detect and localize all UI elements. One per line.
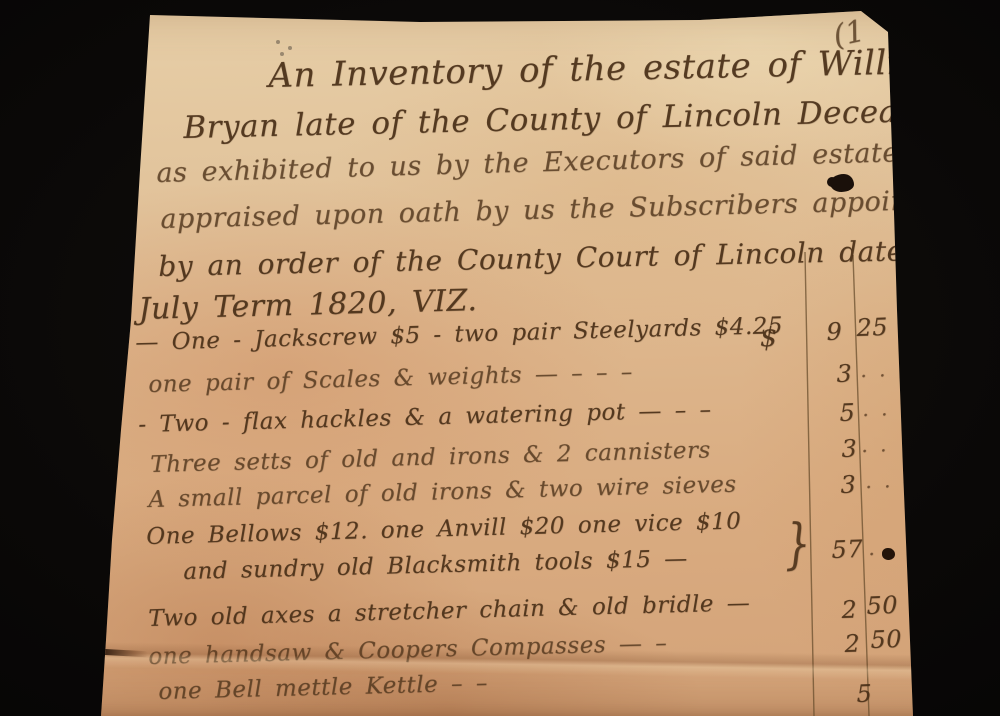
- ledger-item-description: Two old axes a stretcher chain & old bri…: [148, 590, 751, 632]
- amount-cents: 25 –: [856, 312, 914, 342]
- amount-dollars: 3: [836, 359, 853, 388]
- ledger-item-description: One Bellows $12. one Anvill $20 one vice…: [146, 508, 742, 550]
- amount-dollars: 3: [841, 434, 858, 463]
- amount-dollars: 3: [840, 470, 857, 499]
- ledger-item-description: - Two - flax hackles & a watering pot — …: [138, 397, 712, 438]
- ledger-item-description: one Bell mettle Kettle – –: [158, 670, 488, 705]
- amount-cents: 50: [870, 625, 903, 654]
- ink-blot: [830, 174, 854, 192]
- amount-dollars: 5: [856, 679, 873, 708]
- foxing-dot: [276, 40, 280, 44]
- foxing-dot: [288, 46, 292, 50]
- amount-dollars: 9: [826, 317, 843, 346]
- ledger-item-description: Three setts of old and irons & 2 cannist…: [150, 437, 711, 478]
- ink-speck: [882, 548, 895, 560]
- dollar-sign-mark: $: [760, 322, 778, 353]
- amount-cents: · ·: [865, 474, 891, 499]
- photo-backdrop: (1 An Inventory of the estate of William…: [0, 0, 1000, 716]
- row-grouping-brace: }: [784, 513, 812, 576]
- amount-cents: · ·: [861, 438, 887, 463]
- amount-cents: 50: [866, 591, 899, 620]
- ledger-item-description-continued: and sundry old Blacksmith tools $15 —: [183, 546, 688, 585]
- title-line-1: An Inventory of the estate of William: [268, 42, 952, 96]
- document-page: (1 An Inventory of the estate of William…: [0, 0, 1000, 716]
- title-line-4: appraised upon oath by us the Subscriber…: [160, 185, 954, 235]
- amount-cents: · ·: [860, 363, 886, 388]
- ledger-item-description: A small parcel of old irons & two wire s…: [148, 472, 737, 513]
- title-line-5: by an order of the County Court of Linco…: [158, 234, 922, 283]
- ledger-item-description: one pair of Scales & weights — – – –: [148, 359, 633, 398]
- amount-dollars: 5: [839, 398, 856, 427]
- amount-dollars: 2: [841, 595, 858, 624]
- foxing-dot: [280, 52, 284, 56]
- amount-dollars: 57: [831, 535, 864, 564]
- title-line-6: July Term 1820, VIZ.: [138, 283, 478, 327]
- amount-cents: · · ·: [862, 401, 907, 427]
